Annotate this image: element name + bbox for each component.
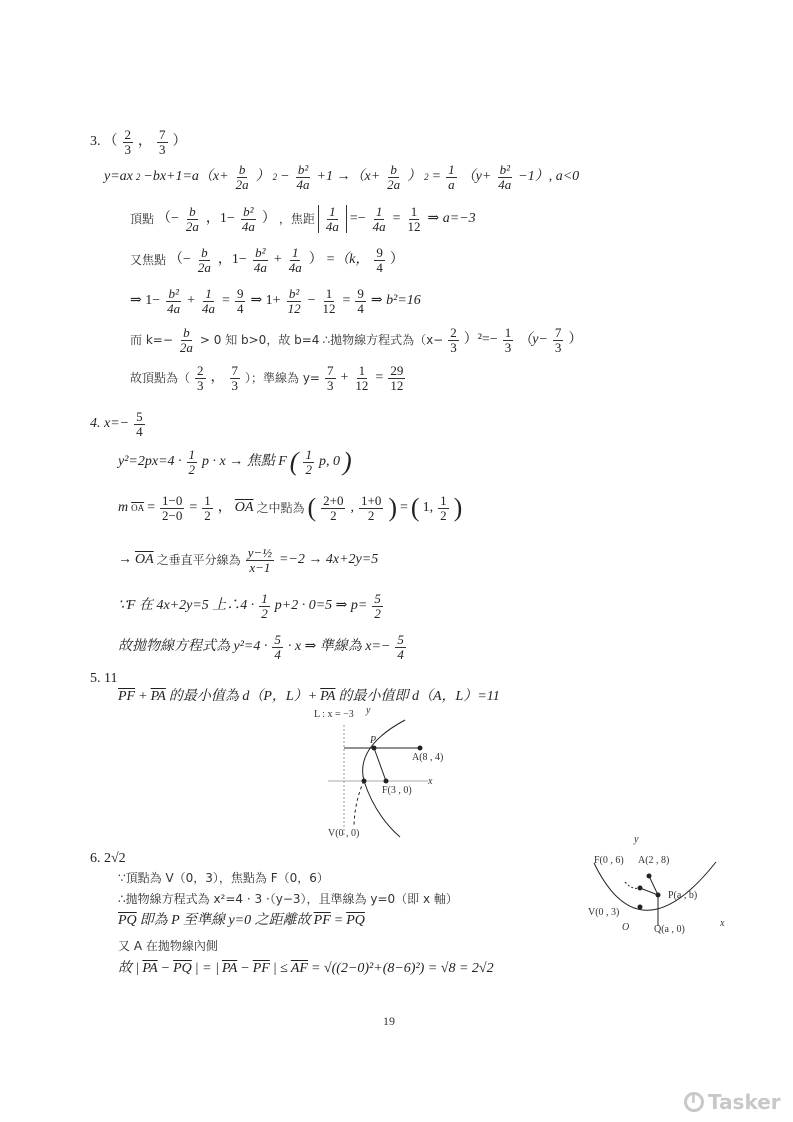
problem-number: 3. <box>90 135 101 149</box>
problem-3-line-4: ⇒ 1−b²4a +14a =94 ⇒ 1+b²12 −112 =94 ⇒ b²… <box>130 287 421 315</box>
problem-5-figure: L : x = −3 y x P A(8 , 4) F(3 , 0) V(0 ,… <box>300 705 470 840</box>
problem-3-line-2: 頂點（−b2a，1−b²4a），焦距 14a =−14a=112 ⇒ a=−3 <box>130 205 476 233</box>
problem-6-line-3: PQ即為 P 至準線 y=0 之距離故PF=PQ <box>118 914 365 928</box>
problem-6-line-1: ∵頂點為 V（0，3），焦點為 F（0，6） <box>118 872 329 884</box>
watermark: Tasker <box>684 1090 781 1114</box>
svg-text:V(0 , 3): V(0 , 3) <box>588 907 619 918</box>
fraction: 23 <box>123 128 134 156</box>
problem-3-line-3: 又焦點（−b2a，1−b²4a+14a） =（k，94） <box>130 246 404 274</box>
problem-4-line-2: mOA =1−02−0 =12 ，OA 之中點為 (2+02,1+02) =(1… <box>118 494 462 522</box>
problem-3-line-6: 故頂點為（23 ，73 ）；準線為 y=73 +112 =2912 <box>130 364 407 392</box>
directrix-label: L : x = −3 <box>314 709 354 720</box>
svg-text:P: P <box>369 735 376 746</box>
problem-3-line-1: y=ax2−bx+1=a（x+ b2a）2− b²4a+1 →（x+ b2a）2… <box>104 163 579 191</box>
svg-text:x: x <box>427 776 433 787</box>
svg-text:x: x <box>719 918 725 929</box>
svg-text:V(0 , 0): V(0 , 0) <box>328 828 359 839</box>
problem-5-line-1: PF + PA 的最小值為 d（P，L）+PA的最小值即 d（A，L）=11 <box>118 690 500 704</box>
problem-4-line-3: →OA 之垂直平分線為 y−½x−1 =−2 → 4x+2y=5 <box>118 546 378 574</box>
page-number: 19 <box>383 1014 395 1029</box>
problem-6-header: 6. 2√2 <box>90 852 126 866</box>
svg-text:A(2 , 8): A(2 , 8) <box>638 855 669 866</box>
svg-text:F(0 , 6): F(0 , 6) <box>594 855 624 866</box>
problem-4-line-1: y²=2px=4 ·12 p · x → 焦點 F(12p, 0) <box>118 448 352 476</box>
problem-6-line-2: ∴拋物線方程式為 x²=4 · 3 ·（y−3），且準線為 y=0（即 x 軸） <box>118 893 458 905</box>
problem-4-header: 4. x=−54 <box>90 410 147 438</box>
problem-4-line-5: 故拋物線方程式為 y²=4 ·54 · x ⇒ 準線為 x=−54 <box>118 633 408 661</box>
fraction: 73 <box>157 128 168 156</box>
svg-text:P(a , b): P(a , b) <box>668 890 697 901</box>
svg-text:O: O <box>622 922 629 933</box>
svg-text:A(8 , 4): A(8 , 4) <box>412 752 443 763</box>
svg-text:y: y <box>365 705 371 716</box>
problem-4-line-4: ∵F 在 4x+2y=5 上∴4 ·12 p+2 · 0=5 ⇒ p=52 <box>118 592 385 620</box>
problem-6-line-4: 又 A 在拋物線內側 <box>118 940 218 952</box>
svg-text:Q(a , 0): Q(a , 0) <box>654 924 685 935</box>
problem-3-header: 3. （23，73） <box>90 128 187 156</box>
problem-6-line-5: 故 |PA−PQ | = |PA−PF | ≤AF= √((2−0)²+(8−6… <box>118 962 494 976</box>
tasker-logo-icon <box>684 1092 704 1112</box>
problem-6-figure: y F(0 , 6) A(2 , 8) P(a , b) V(0 , 3) O … <box>582 828 732 938</box>
problem-5-header: 5. 11 <box>90 672 117 686</box>
svg-text:F(3 , 0): F(3 , 0) <box>382 785 412 796</box>
problem-3-line-5: 而 k=−b2a > 0 知 b>0，故 b=4 ∴拋物線方程式為（x−23 ）… <box>130 326 582 354</box>
svg-text:y: y <box>633 834 639 845</box>
